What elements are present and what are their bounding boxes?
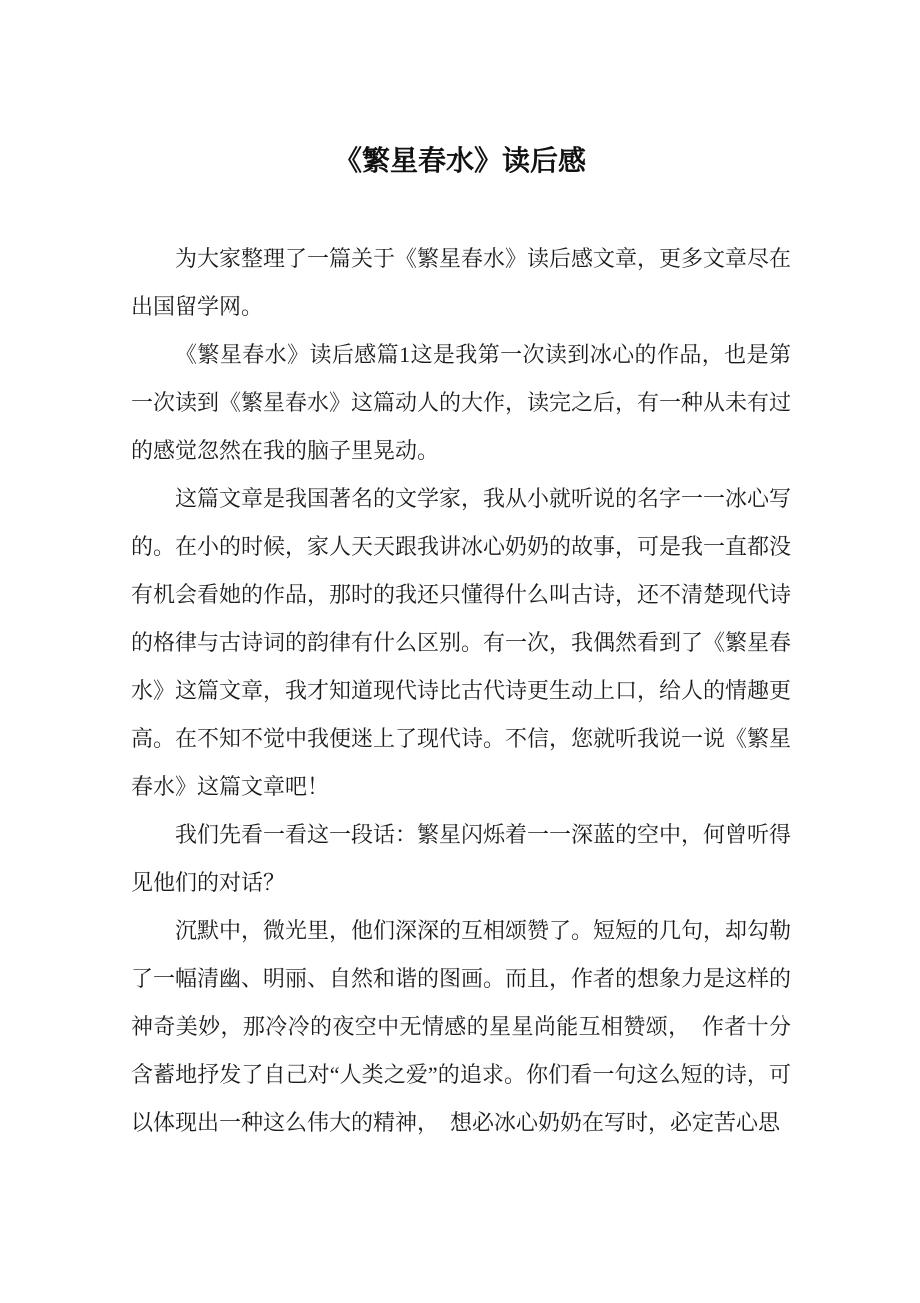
paragraph-about-author: 这篇文章是我国著名的文学家，我从小就听说的名字一一冰心写的。在小的时候，家人天天… <box>131 475 791 811</box>
document-page: 《繁星春水》读后感 为大家整理了一篇关于《繁星春水》读后感文章，更多文章尽在出国… <box>0 0 920 1303</box>
paragraph-intro: 为大家整理了一篇关于《繁星春水》读后感文章，更多文章尽在出国留学网。 <box>131 235 791 331</box>
document-body: 为大家整理了一篇关于《繁星春水》读后感文章，更多文章尽在出国留学网。 《繁星春水… <box>131 235 791 1147</box>
paragraph-commentary: 沉默中，微光里，他们深深的互相颂赞了。短短的几句，却勾勒了一幅清幽、明丽、自然和… <box>131 907 791 1147</box>
document-title: 《繁星春水》读后感 <box>0 0 920 180</box>
paragraph-opening: 《繁星春水》读后感篇1这是我第一次读到冰心的作品，也是第一次读到《繁星春水》这篇… <box>131 331 791 475</box>
paragraph-quote: 我们先看一看这一段话：繁星闪烁着一一深蓝的空中，何曾听得见他们的对话？ <box>131 811 791 907</box>
